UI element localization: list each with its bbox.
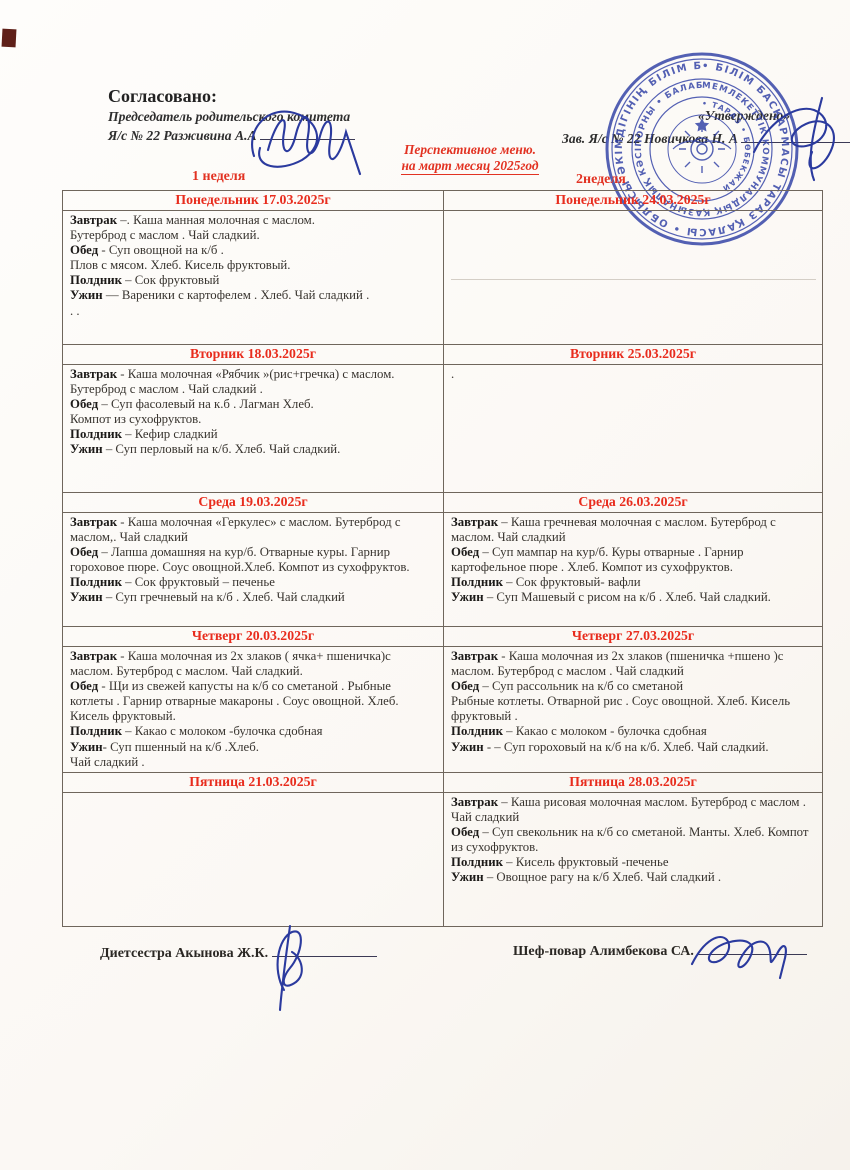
menu-line: Бутерброд с маслом . Чай сладкий . (70, 382, 437, 397)
signature-line (272, 944, 377, 957)
chef-line: Шеф-повар Алимбекова СА. (513, 942, 807, 960)
menu-line: Полдник – Сок фруктовый- вафли (451, 575, 816, 590)
agreed-title: Согласовано: (108, 86, 458, 107)
menu-line: Завтрак – Каша рисовая молочная маслом. … (451, 795, 816, 825)
week1-label: 1 неделя (192, 169, 245, 185)
day-header-cell: Понедельник 24.03.2025г (444, 191, 823, 211)
week2-label: 2неделя (576, 172, 626, 188)
day-header-cell: Пятница 28.03.2025г (444, 772, 823, 792)
approved-mark: «Утверждено» (698, 108, 790, 124)
title-line2: на март месяц 2025год (401, 158, 538, 175)
agreed-name: Я/с № 22 Разживина А.А (108, 128, 257, 143)
day-body-row: Завтрак - Каша молочная «Геркулес» с мас… (63, 513, 823, 627)
dietitian-line: Диетсестра Акынова Ж.К. (100, 944, 377, 962)
menu-line: Плов с мясом. Хлеб. Кисель фруктовый. (70, 258, 437, 273)
menu-line: Полдник – Сок фруктовый – печенье (70, 575, 437, 590)
menu-cell: Завтрак – Каша гречневая молочная с масл… (444, 513, 823, 627)
menu-line: Ужин – Овощное рагу на к/б Хлеб. Чай сла… (451, 870, 816, 885)
signature-line (741, 130, 850, 143)
day-body-row: Завтрак - Каша молочная из 2х злаков ( я… (63, 647, 823, 773)
menu-cell: Завтрак - Каша молочная из 2х злаков ( я… (63, 647, 444, 773)
menu-line: Обед – Суп свекольник на к/б со сметаной… (451, 825, 816, 855)
day-header-cell: Пятница 21.03.2025г (63, 772, 444, 792)
menu-line: Полдник – Кисель фруктовый -печенье (451, 855, 816, 870)
menu-line: Ужин – Суп гречневый на к/б . Хлеб. Чай … (70, 590, 437, 605)
menu-cell: Завтрак - Каша молочная «Геркулес» с мас… (63, 513, 444, 627)
menu-cell: . (444, 365, 823, 493)
menu-cell: Завтрак - Каша молочная из 2х злаков (пш… (444, 647, 823, 773)
menu-line: Завтрак - Каша молочная из 2х злаков (пш… (451, 649, 816, 679)
day-header-cell: Среда 26.03.2025г (444, 493, 823, 513)
menu-line: Ужин- Суп пшенный на к/б .Хлеб. (70, 740, 437, 755)
scan-corner-mark (2, 29, 17, 48)
menu-line: Обед – Суп мампар на кур/б. Куры отварны… (451, 545, 816, 575)
day-header-row: Четверг 20.03.2025гЧетверг 27.03.2025г (63, 627, 823, 647)
scan-artifact-line (451, 279, 816, 280)
menu-line: . (451, 367, 816, 382)
menu-line: Полдник – Какао с молоком - булочка сдоб… (451, 724, 816, 739)
menu-line: Полдник – Кефир сладкий (70, 427, 437, 442)
signature-ink-dietitian (250, 920, 325, 1015)
day-body-row: Завтрак –. Каша манная молочная с маслом… (63, 211, 823, 345)
agreed-role: Председатель родительского комитета (108, 109, 458, 125)
day-header-cell: Вторник 25.03.2025г (444, 345, 823, 365)
menu-line: Завтрак - Каша молочная «Геркулес» с мас… (70, 515, 437, 545)
day-header-row: Понедельник 17.03.2025гПонедельник 24.03… (63, 191, 823, 211)
menu-cell (63, 792, 444, 926)
menu-line: Завтрак - Каша молочная «Рябчик »(рис+гр… (70, 367, 437, 382)
menu-line: Обед - Суп овощной на к/б . (70, 243, 437, 258)
menu-cell: Завтрак –. Каша манная молочная с маслом… (63, 211, 444, 345)
menu-table: Понедельник 17.03.2025гПонедельник 24.03… (62, 190, 823, 927)
menu-line: Полдник – Какао с молоком -булочка сдобн… (70, 724, 437, 739)
menu-line: Обед - Щи из свежей капусты на к/б со см… (70, 679, 437, 724)
menu-line: Обед – Лапша домашняя на кур/б. Отварные… (70, 545, 437, 575)
title-line1: Перспективное меню. (380, 142, 560, 158)
dietitian-name: Диетсестра Акынова Ж.К. (100, 946, 268, 961)
signature-line (260, 127, 355, 140)
day-header-cell: Четверг 20.03.2025г (63, 627, 444, 647)
menu-line: Ужин – Суп перловый на к/б. Хлеб. Чай сл… (70, 442, 437, 457)
agreement-block: Согласовано: Председатель родительского … (108, 86, 458, 144)
menu-line: Ужин - – Суп гороховый на к/б на к/б. Хл… (451, 740, 816, 755)
chef-name: Шеф-повар Алимбекова СА. (513, 944, 694, 959)
day-header-row: Среда 19.03.2025гСреда 26.03.2025г (63, 493, 823, 513)
day-header-row: Пятница 21.03.2025гПятница 28.03.2025г (63, 772, 823, 792)
signature-line (697, 942, 807, 955)
day-header-cell: Понедельник 17.03.2025г (63, 191, 444, 211)
approver-name: Зав. Я/с № 22 Новичкова Н. А (562, 131, 738, 146)
day-header-cell: Четверг 27.03.2025г (444, 627, 823, 647)
menu-cell: Завтрак - Каша молочная «Рябчик »(рис+гр… (63, 365, 444, 493)
document-title: Перспективное меню. на март месяц 2025го… (380, 142, 560, 174)
day-body-row: Завтрак - Каша молочная «Рябчик »(рис+гр… (63, 365, 823, 493)
scanned-menu-page: Согласовано: Председатель родительского … (0, 0, 850, 1170)
approver-line: Зав. Я/с № 22 Новичкова Н. А (562, 130, 850, 147)
menu-line: Завтрак - Каша молочная из 2х злаков ( я… (70, 649, 437, 679)
day-header-cell: Вторник 18.03.2025г (63, 345, 444, 365)
menu-line: Полдник – Сок фруктовый (70, 273, 437, 288)
day-header-row: Вторник 18.03.2025гВторник 25.03.2025г (63, 345, 823, 365)
day-body-row: Завтрак – Каша рисовая молочная маслом. … (63, 792, 823, 926)
menu-line: Завтрак – Каша гречневая молочная с масл… (451, 515, 816, 545)
menu-line: Чай сладкий . (70, 755, 437, 770)
menu-cell (444, 211, 823, 345)
menu-line: Ужин — Вареники с картофелем . Хлеб. Чай… (70, 288, 437, 303)
menu-line: Компот из сухофруктов. (70, 412, 437, 427)
menu-line: Завтрак –. Каша манная молочная с маслом… (70, 213, 437, 228)
menu-line: Рыбные котлеты. Отварной рис . Соус овощ… (451, 694, 816, 724)
menu-line: Ужин – Суп Машевый с рисом на к/б . Хлеб… (451, 590, 816, 605)
menu-line: Обед – Суп фасолевый на к.б . Лагман Хле… (70, 397, 437, 412)
menu-line: Бутерброд с маслом . Чай сладкий. (70, 228, 437, 243)
day-header-cell: Среда 19.03.2025г (63, 493, 444, 513)
menu-line: Обед – Суп рассольник на к/б со сметаной (451, 679, 816, 694)
menu-cell: Завтрак – Каша рисовая молочная маслом. … (444, 792, 823, 926)
menu-line: . . (70, 304, 437, 319)
